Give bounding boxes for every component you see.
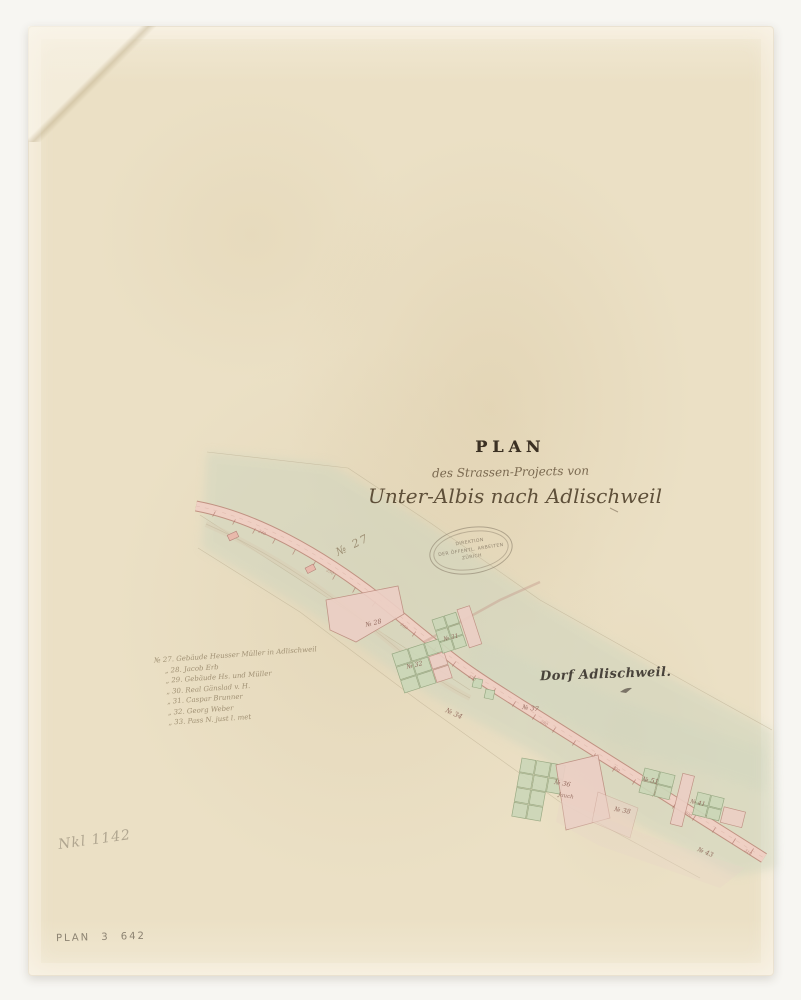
owners-legend: № 27. Gebäude Heusser Müller in Adlischw…: [154, 641, 374, 729]
title-block: PLAN des Strassen-Projects von Unter-Alb…: [368, 437, 653, 508]
title-heading: PLAN: [368, 437, 653, 456]
title-subtitle: des Strassen-Projects von: [368, 463, 653, 482]
archive-number: PLAN 3 642: [56, 931, 146, 944]
scan-background: { "title_block": { "heading": "PLAN", "s…: [0, 0, 801, 1000]
route-title: Unter-Albis nach Adlischweil: [368, 484, 653, 508]
